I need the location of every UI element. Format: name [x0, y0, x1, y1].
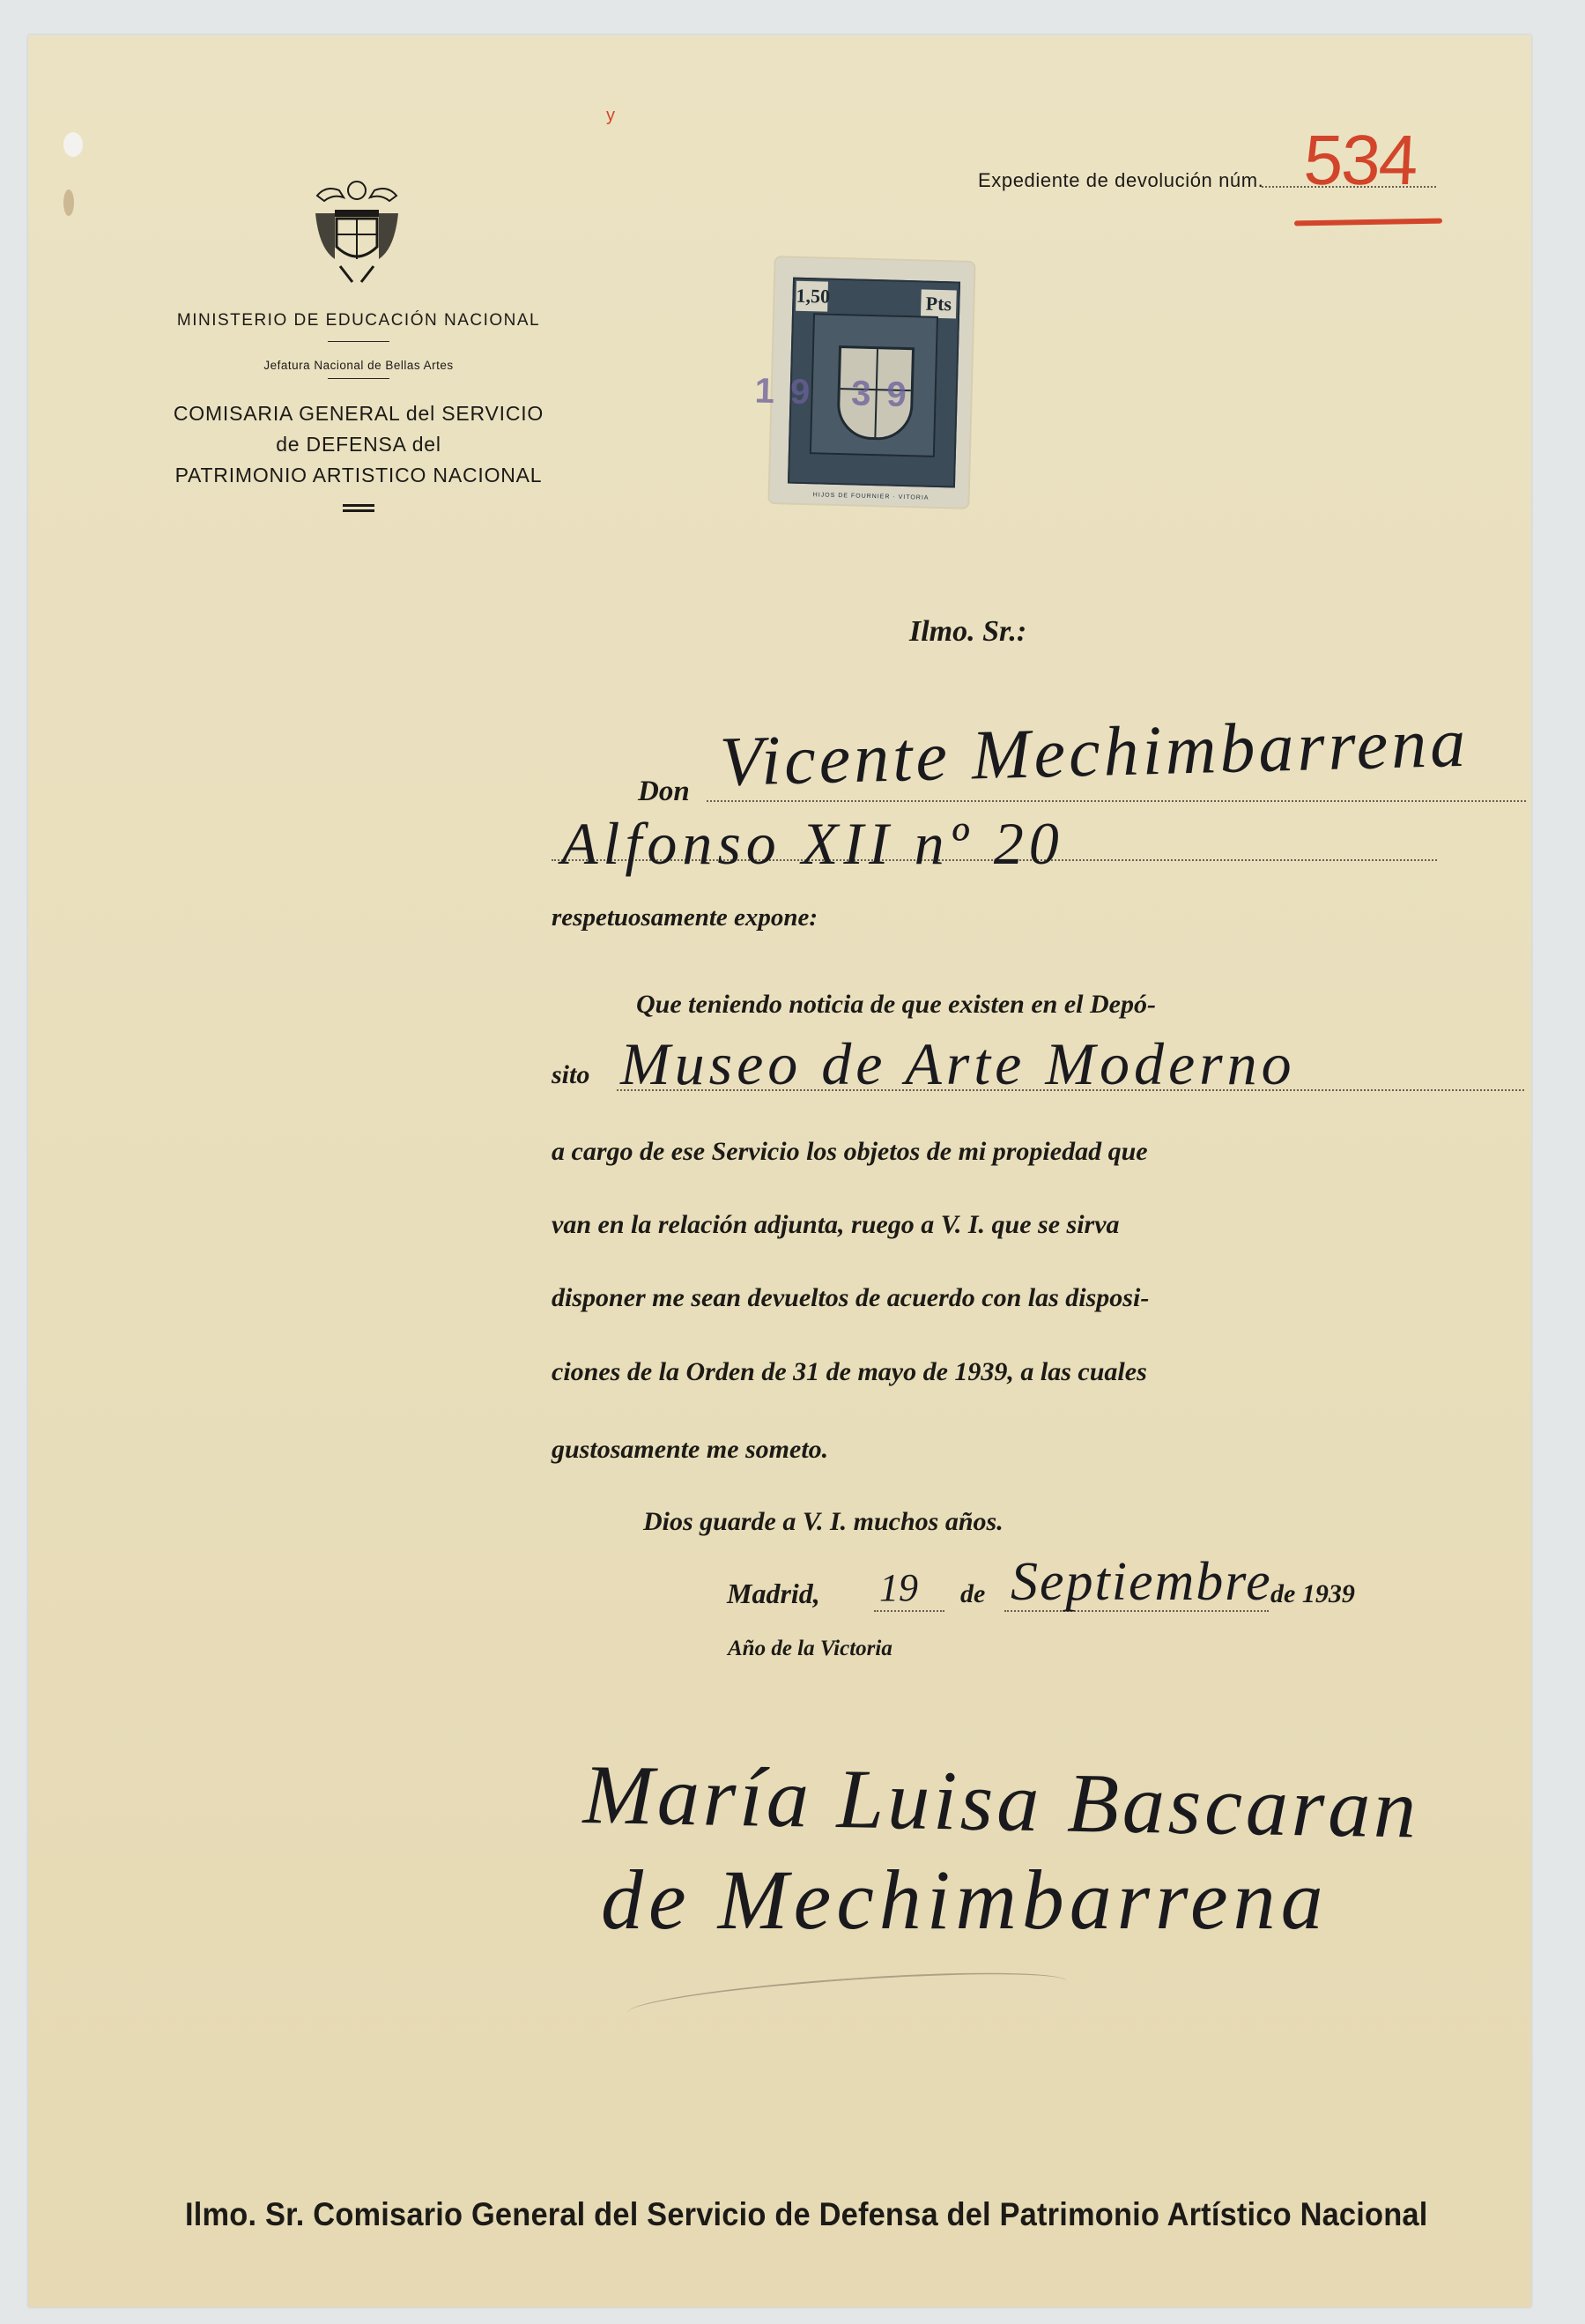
stamp-currency: Pts [921, 289, 957, 318]
body-line-3: a cargo de ese Servicio los objetos de m… [552, 1137, 1148, 1167]
salutation: Ilmo. Sr.: [909, 615, 1026, 649]
expediente-underline [1294, 219, 1442, 226]
expediente-label: Expediente de devolución núm. [978, 169, 1263, 192]
red-pencil-mark: y [606, 106, 615, 126]
body-line-2-prefix: sito [552, 1060, 589, 1090]
comisaria-line-1: COMISARIA GENERAL del SERVICIO [152, 398, 566, 429]
name-dotted-line [707, 800, 1526, 802]
signature-line-1: María Luisa Bascaran [582, 1745, 1420, 1858]
date-day-handwritten: 19 [879, 1565, 918, 1610]
don-label: Don [638, 776, 690, 808]
revenue-stamp: 1,50 Pts HIJOS DE FOURNIER · VITORIA 19 … [769, 257, 974, 508]
body-line-6: ciones de la Orden de 31 de mayo de 1939… [552, 1357, 1147, 1387]
signature-line-2: de Mechimbarrena [601, 1851, 1329, 1949]
comisaria-line-2: de DEFENSA del [152, 429, 566, 460]
jefatura-subheading: Jefatura Nacional de Bellas Artes [160, 359, 557, 372]
body-line-5: disponer me sean devueltos de acuerdo co… [552, 1283, 1149, 1313]
divider [328, 341, 389, 342]
ministry-heading: MINISTERIO DE EDUCACIÓN NACIONAL [160, 311, 557, 330]
closing-formula: Dios guarde a V. I. muchos años. [643, 1507, 1004, 1537]
footer-addressee: Ilmo. Sr. Comisario General del Servicio… [185, 2196, 1427, 2233]
document-page: MINISTERIO DE EDUCACIÓN NACIONAL Jefatur… [28, 35, 1531, 2307]
body-line-7: gustosamente me someto. [552, 1435, 828, 1465]
applicant-address-handwritten: Alfonso XII nº 20 [561, 809, 1064, 879]
expone-text: respetuosamente expone: [552, 903, 818, 932]
applicant-name-handwritten: Vicente Mechimbarrena [719, 703, 1470, 803]
date-year: de 1939 [1270, 1579, 1355, 1609]
cancellation-mark: 19 39 [754, 372, 993, 406]
divider [328, 378, 389, 379]
expediente-number: 534 [1302, 120, 1418, 201]
comisaria-heading: COMISARIA GENERAL del SERVICIO de DEFENS… [152, 398, 566, 491]
body-line-1: Que teniendo noticia de que existen en e… [636, 990, 1156, 1020]
deposito-handwritten: Museo de Arte Moderno [620, 1029, 1296, 1099]
date-place: Madrid, [727, 1578, 820, 1610]
punch-hole [63, 132, 83, 157]
stamp-printer-text: HIJOS DE FOURNIER · VITORIA [789, 492, 953, 502]
body-line-4: van en la relación adjunta, ruego a V. I… [552, 1210, 1120, 1240]
comisaria-line-3: PATRIMONIO ARTISTICO NACIONAL [152, 460, 566, 491]
date-de: de [960, 1579, 985, 1609]
day-dotted-line [874, 1610, 944, 1612]
signature-flourish [626, 1964, 1069, 2031]
rust-stain [63, 189, 74, 216]
stamp-value: 1,50 [796, 281, 828, 312]
year-motto: Año de la Victoria [728, 1637, 892, 1661]
spanish-coat-of-arms-icon [308, 178, 405, 284]
double-rule [343, 504, 374, 515]
date-month-handwritten: Septiembre [1011, 1551, 1272, 1614]
